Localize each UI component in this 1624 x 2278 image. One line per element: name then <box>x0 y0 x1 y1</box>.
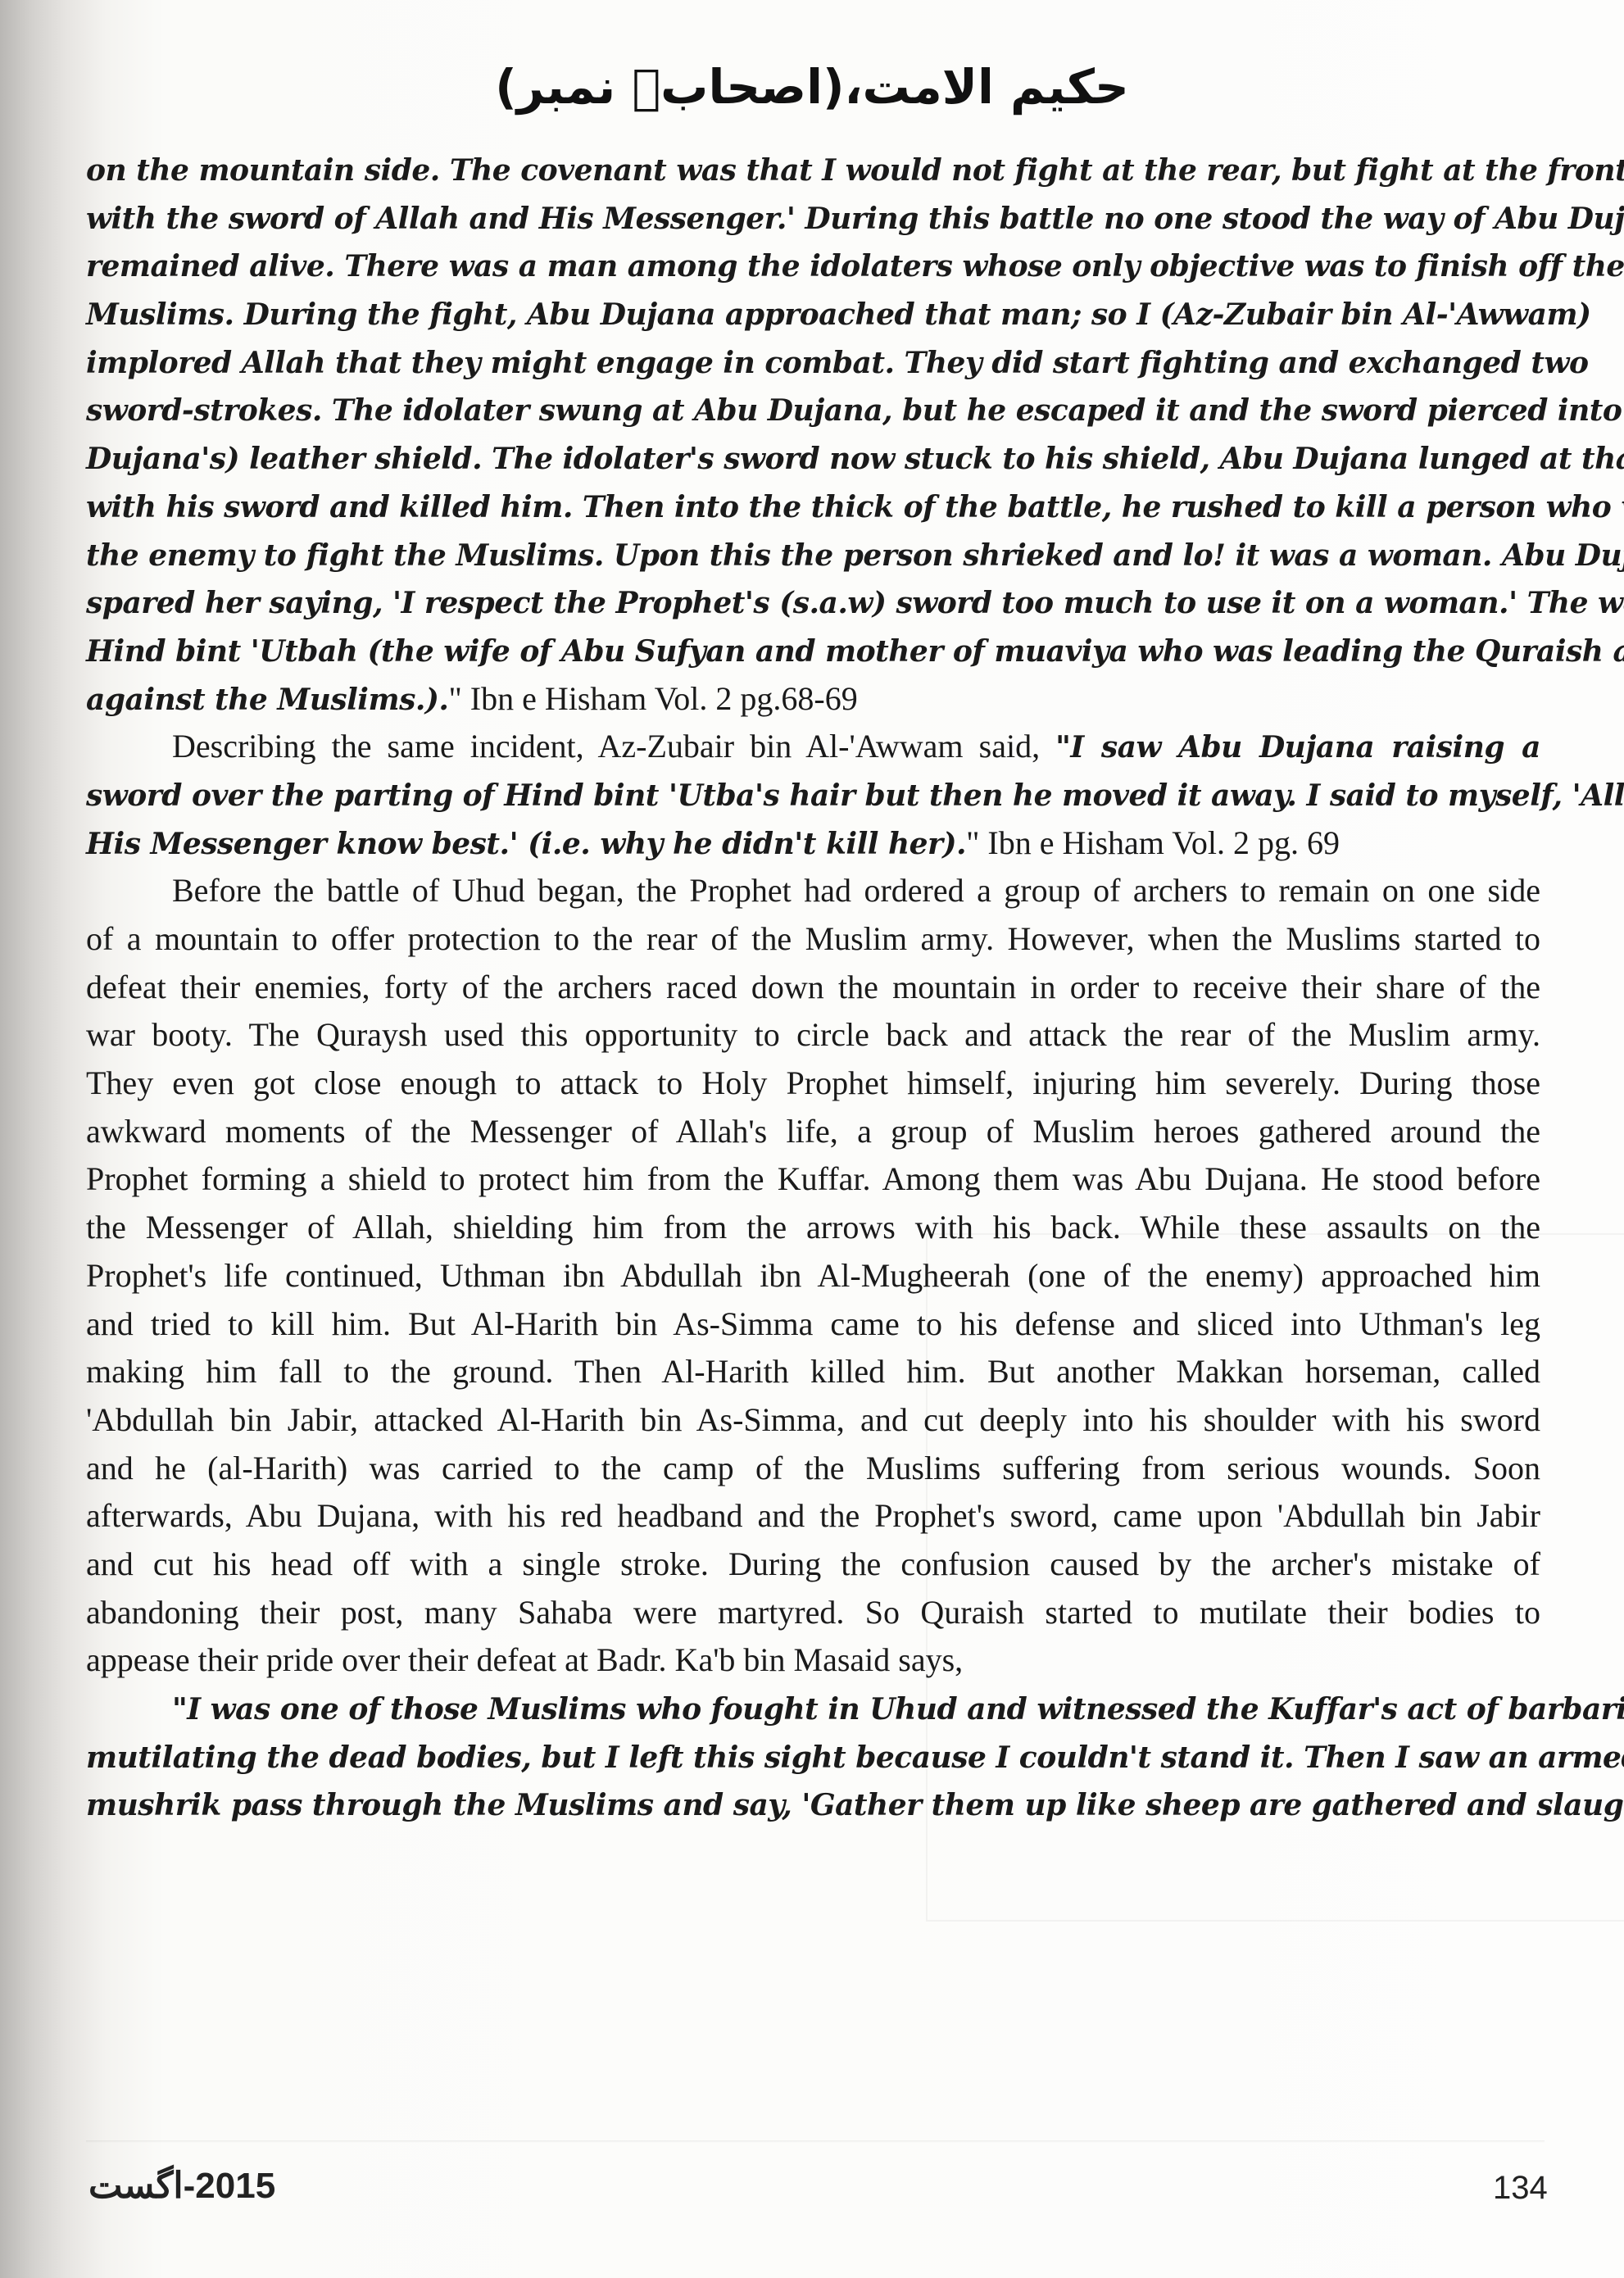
quoted-text: with the sword of Allah and His Messenge… <box>86 202 1624 236</box>
text-line: "I was one of those Muslims who fought i… <box>86 1685 1540 1733</box>
text-line: mushrik pass through the Muslims and say… <box>86 1781 1540 1829</box>
text-line: appease their pride over their defeat at… <box>86 1636 1540 1685</box>
quoted-text: Hind bint 'Utbah (the wife of Abu Sufyan… <box>86 634 1624 669</box>
quoted-text: Dujana's) leather shield. The idolater's… <box>86 442 1624 476</box>
quoted-text: "I saw Abu Dujana raising a <box>1055 730 1540 765</box>
text-line: and he (al-Harith) was carried to the ca… <box>86 1445 1540 1493</box>
body-text-span: Before the battle of Uhud began, the Pro… <box>172 872 1540 909</box>
quoted-text: sword-strokes. The idolater swung at Abu… <box>86 393 1624 428</box>
text-line: abandoning their post, many Sahaba were … <box>86 1589 1540 1637</box>
body-text-span: war booty. The Quraysh used this opportu… <box>86 1016 1540 1053</box>
text-line: mutilating the dead bodies, but I left t… <box>86 1733 1540 1781</box>
quoted-text: the enemy to fight the Muslims. Upon thi… <box>86 538 1624 573</box>
text-line: and tried to kill him. But Al-Harith bin… <box>86 1300 1540 1349</box>
quoted-text: spared her saying, 'I respect the Prophe… <box>86 586 1624 620</box>
text-line: Muslims. During the fight, Abu Dujana ap… <box>86 290 1540 338</box>
body-text-span: of a mountain to offer protection to the… <box>86 920 1540 957</box>
body-text-span: afterwards, Abu Dujana, with his red hea… <box>86 1497 1540 1534</box>
quoted-text: implored Allah that they might engage in… <box>86 346 1589 380</box>
text-line: awkward moments of the Messenger of Alla… <box>86 1108 1540 1156</box>
text-line: sword over the parting of Hind bint 'Utb… <box>86 771 1540 819</box>
quoted-text: with his sword and killed him. Then into… <box>86 490 1624 524</box>
body-text-span: They even got close enough to attack to … <box>86 1064 1540 1101</box>
text-line: Dujana's) leather shield. The idolater's… <box>86 434 1540 483</box>
text-line: defeat their enemies, forty of the arche… <box>86 964 1540 1012</box>
body-text: on the mountain side. The covenant was t… <box>86 146 1540 1829</box>
text-line: 'Abdullah bin Jabir, attacked Al-Harith … <box>86 1396 1540 1445</box>
body-text-span: defeat their enemies, forty of the arche… <box>86 969 1540 1005</box>
text-line: sword-strokes. The idolater swung at Abu… <box>86 386 1540 434</box>
document-page: حکیم الامت،(اصحابؓ نمبر) on the mountain… <box>0 0 1624 2278</box>
body-text-span: awkward moments of the Messenger of Alla… <box>86 1113 1540 1150</box>
body-text-span: abandoning their post, many Sahaba were … <box>86 1594 1540 1631</box>
quoted-text: sword over the parting of Hind bint 'Utb… <box>86 778 1624 813</box>
text-line: with the sword of Allah and His Messenge… <box>86 194 1540 243</box>
body-text-span: the Messenger of Allah, shielding him fr… <box>86 1209 1540 1246</box>
body-text-span: and tried to kill him. But Al-Harith bin… <box>86 1305 1540 1342</box>
quoted-text: His Messenger know best.' (i.e. why he d… <box>86 827 966 861</box>
text-line: afterwards, Abu Dujana, with his red hea… <box>86 1492 1540 1541</box>
text-line: Before the battle of Uhud began, the Pro… <box>86 867 1540 915</box>
text-line: making him fall to the ground. Then Al-H… <box>86 1348 1540 1396</box>
page-header-title: حکیم الامت،(اصحابؓ نمبر) <box>0 59 1624 115</box>
text-line: They even got close enough to attack to … <box>86 1060 1540 1108</box>
body-text-span: Prophet's life continued, Uthman ibn Abd… <box>86 1257 1540 1294</box>
body-text-span: 'Abdullah bin Jabir, attacked Al-Harith … <box>86 1401 1540 1438</box>
quoted-text: remained alive. There was a man among th… <box>86 249 1624 284</box>
text-line: His Messenger know best.' (i.e. why he d… <box>86 819 1540 868</box>
text-line: Hind bint 'Utbah (the wife of Abu Sufyan… <box>86 627 1540 675</box>
issue-date: 2015-اگست <box>88 2165 275 2207</box>
body-text-span: appease their pride over their defeat at… <box>86 1641 963 1678</box>
text-line: the enemy to fight the Muslims. Upon thi… <box>86 531 1540 579</box>
bottom-rule <box>86 2140 1545 2143</box>
body-text-span: Prophet forming a shield to protect him … <box>86 1160 1540 1197</box>
text-line: war booty. The Quraysh used this opportu… <box>86 1011 1540 1060</box>
text-line: the Messenger of Allah, shielding him fr… <box>86 1204 1540 1252</box>
page-number: 134 <box>1493 2170 1548 2207</box>
quoted-text: mutilating the dead bodies, but I left t… <box>86 1740 1624 1775</box>
body-text-span: " Ibn e Hisham Vol. 2 pg. 69 <box>966 824 1340 861</box>
quoted-text: mushrik pass through the Muslims and say… <box>86 1788 1624 1822</box>
text-line: with his sword and killed him. Then into… <box>86 483 1540 531</box>
quoted-text: on the mountain side. The covenant was t… <box>86 153 1624 188</box>
body-text-span: making him fall to the ground. Then Al-H… <box>86 1353 1540 1390</box>
quoted-text: against the Muslims.). <box>86 683 448 717</box>
text-line: spared her saying, 'I respect the Prophe… <box>86 579 1540 627</box>
quoted-text: Muslims. During the fight, Abu Dujana ap… <box>86 297 1591 332</box>
body-text-span: and cut his head off with a single strok… <box>86 1545 1540 1582</box>
text-line: against the Muslims.)." Ibn e Hisham Vol… <box>86 675 1540 724</box>
text-line: Prophet's life continued, Uthman ibn Abd… <box>86 1252 1540 1300</box>
text-line: of a mountain to offer protection to the… <box>86 915 1540 964</box>
text-line: implored Allah that they might engage in… <box>86 338 1540 387</box>
text-line: Describing the same incident, Az-Zubair … <box>86 723 1540 771</box>
text-line: Prophet forming a shield to protect him … <box>86 1155 1540 1204</box>
text-line: and cut his head off with a single strok… <box>86 1541 1540 1589</box>
body-text-span: Describing the same incident, Az-Zubair … <box>172 728 1055 765</box>
body-text-span: " Ibn e Hisham Vol. 2 pg.68-69 <box>448 680 857 717</box>
quoted-text: "I was one of those Muslims who fought i… <box>172 1692 1624 1727</box>
text-line: on the mountain side. The covenant was t… <box>86 146 1540 194</box>
body-text-span: and he (al-Harith) was carried to the ca… <box>86 1450 1540 1486</box>
text-line: remained alive. There was a man among th… <box>86 242 1540 290</box>
